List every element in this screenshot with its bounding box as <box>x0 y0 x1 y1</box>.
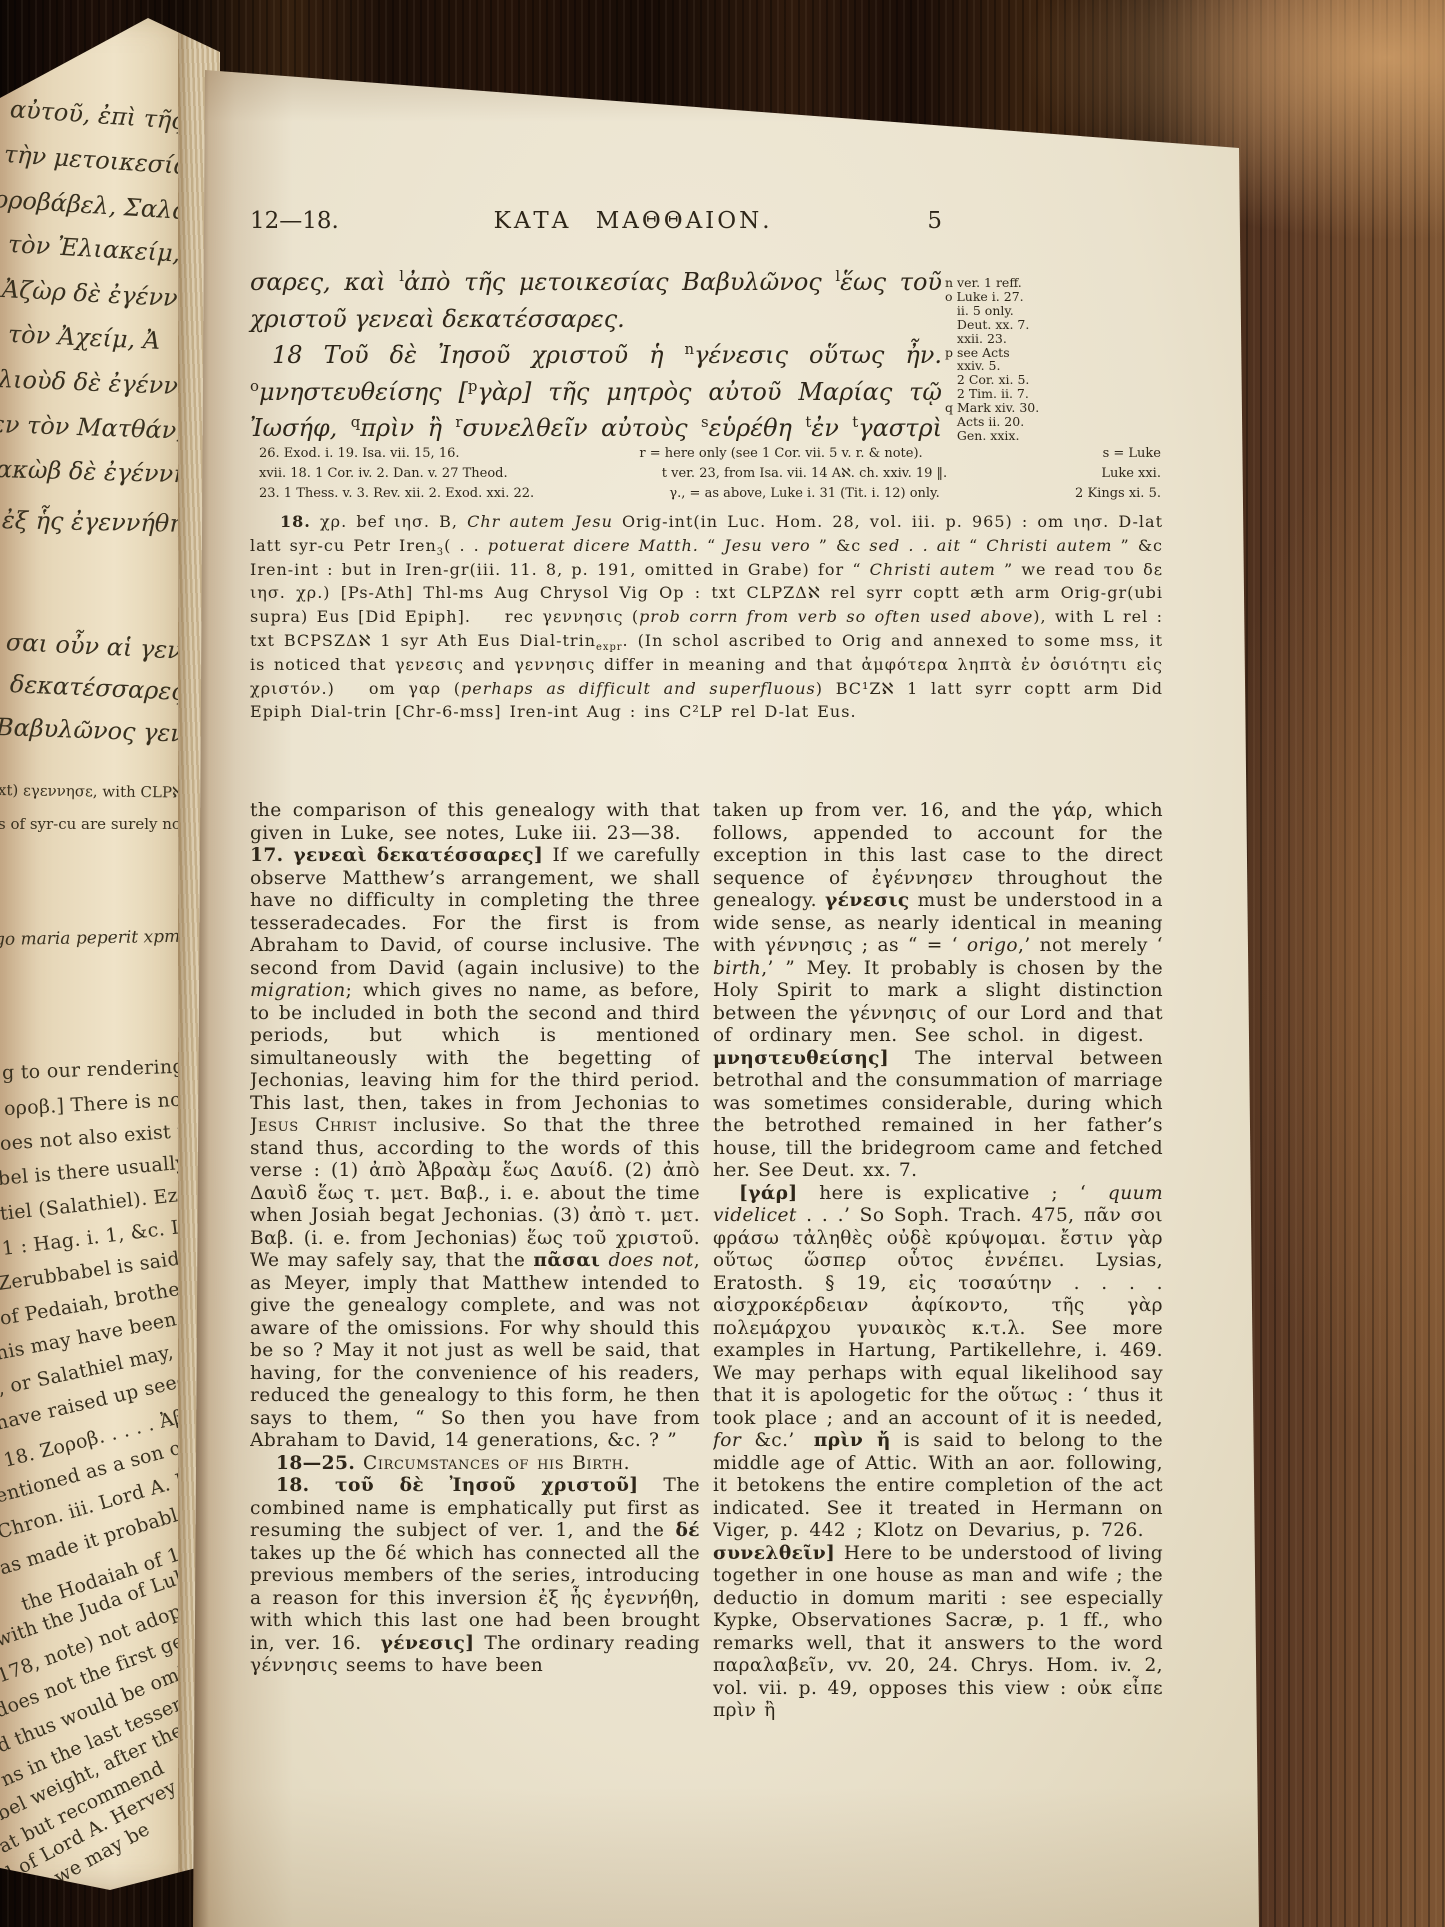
greek-line: χριστοῦ γενεαὶ δεκατέσσαρες. <box>250 301 942 338</box>
commentary-right-column: taken up from ver. 16, and the γάρ, whic… <box>713 800 1163 1746</box>
left-page-fragment: g to our rendering. <box>2 1055 192 1084</box>
commentary-paragraph: [γάρ] here is explicative ; ‘ quum videl… <box>713 1183 1163 1723</box>
commentary-paragraph: the comparison of this genealogy with th… <box>250 800 700 1453</box>
photo-scene: αὐτοῦ, ἐπὶ τῆςτὴν μετοικεσίανοροβάβελ, Σ… <box>0 0 1445 1927</box>
reference-segment: 23. 1 Thess. v. 3. Rev. xii. 2. Exod. xx… <box>259 484 534 504</box>
reference-segment: Luke xxi. <box>1101 464 1161 484</box>
greek-line: σαρες, καὶ lἀπὸ τῆς μετοικεσίας Βαβυλῶνο… <box>250 264 942 301</box>
commentary-columns: the comparison of this genealogy with th… <box>250 800 1163 1746</box>
commentary-paragraph: 18—25. Circumstances of his Birth. <box>250 1453 700 1476</box>
reference-line: 23. 1 Thess. v. 3. Rev. xii. 2. Exod. xx… <box>259 484 1161 504</box>
reference-segment: xvii. 18. 1 Cor. iv. 2. Dan. v. 27 Theod… <box>259 464 508 484</box>
header-page-number: 5 <box>927 208 942 234</box>
page-header: 12—18. ΚΑΤΑ ΜΑΘΘΑΙΟΝ. 5 <box>250 208 942 234</box>
right-page: 12—18. ΚΑΤΑ ΜΑΘΘΑΙΟΝ. 5 σαρες, καὶ lἀπὸ … <box>193 52 1270 1927</box>
margin-note-line: n ver. 1 reff. <box>945 276 1189 290</box>
reference-segment: t ver. 23, from Isa. vii. 14 Aℵ. ch. xxi… <box>662 464 947 484</box>
reference-segment: γ., = as above, Luke i. 31 (Tit. i. 12) … <box>669 484 939 504</box>
left-page-fragment: τὴν μετοικεσίαν <box>3 140 205 181</box>
margin-note-line: Deut. xx. 7. <box>945 318 1189 332</box>
reference-line: 26. Exod. i. 19. Isa. vii. 15, 16.r = he… <box>259 444 1161 464</box>
commentary-paragraph: 18. τοῦ δὲ Ἰησοῦ χριστοῦ] The combined n… <box>250 1475 700 1678</box>
header-title: ΚΑΤΑ ΜΑΘΘΑΙΟΝ. <box>494 208 773 234</box>
margin-note-line: xxiv. 5. <box>945 359 1189 373</box>
margin-note-line: Gen. xxix. <box>945 429 1189 443</box>
commentary-paragraph: taken up from ver. 16, and the γάρ, whic… <box>713 800 1163 1183</box>
reference-lines: 26. Exod. i. 19. Isa. vii. 15, 16.r = he… <box>259 444 1161 503</box>
left-page: αὐτοῦ, ἐπὶ τῆςτὴν μετοικεσίανοροβάβελ, Σ… <box>0 12 220 1890</box>
margin-note-line: ii. 5 only. <box>945 304 1189 318</box>
margin-note-line: p see Acts <box>945 346 1189 360</box>
margin-note-line: 2 Tim. ii. 7. <box>945 387 1189 401</box>
margin-note-line: q Mark xiv. 30. <box>945 401 1189 415</box>
greek-passage: σαρες, καὶ lἀπὸ τῆς μετοικεσίας Βαβυλῶνο… <box>250 264 942 447</box>
reference-segment: 2 Kings xi. 5. <box>1075 484 1161 504</box>
reference-line: xvii. 18. 1 Cor. iv. 2. Dan. v. 27 Theod… <box>259 464 1161 484</box>
reference-segment: r = here only (see 1 Cor. vii. 5 v. r. &… <box>639 444 922 464</box>
greek-line: 18 Τοῦ δὲ Ἰησοῦ χριστοῦ ἡ nγένεσις οὕτως… <box>250 337 942 374</box>
commentary-left-column: the comparison of this genealogy with th… <box>250 800 700 1746</box>
reference-segment: s = Luke <box>1103 444 1161 464</box>
reference-segment: 26. Exod. i. 19. Isa. vii. 15, 16. <box>259 444 460 464</box>
greek-line: Ἰωσήφ, qπρὶν ἢ rσυνελθεῖν αὐτοὺς sεὑρέθη… <box>250 410 942 447</box>
margin-note-line: 2 Cor. xi. 5. <box>945 373 1189 387</box>
margin-note-line: Acts ii. 20. <box>945 415 1189 429</box>
left-page-fragment: τὸν Ἀχείμ, Ἀ <box>7 320 160 355</box>
margin-notes: n ver. 1 reff.o Luke i. 27. ii. 5 only. … <box>945 276 1189 443</box>
critical-apparatus: 18. χρ. bef ιησ. B, Chr autem Jesu Orig-… <box>250 510 1163 802</box>
margin-note-line: o Luke i. 27. <box>945 290 1189 304</box>
header-verse-range: 12—18. <box>250 208 339 234</box>
left-page-fragment: αὐτοῦ, ἐπὶ τῆς <box>9 95 186 135</box>
margin-note-line: xxii. 23. <box>945 332 1189 346</box>
page-content: 12—18. ΚΑΤΑ ΜΑΘΘΑΙΟΝ. 5 σαρες, καὶ lἀπὸ … <box>193 52 1270 1927</box>
greek-line: oμνηστευθείσης [pγὰρ] τῆς μητρὸς αὐτοῦ Μ… <box>250 374 942 411</box>
